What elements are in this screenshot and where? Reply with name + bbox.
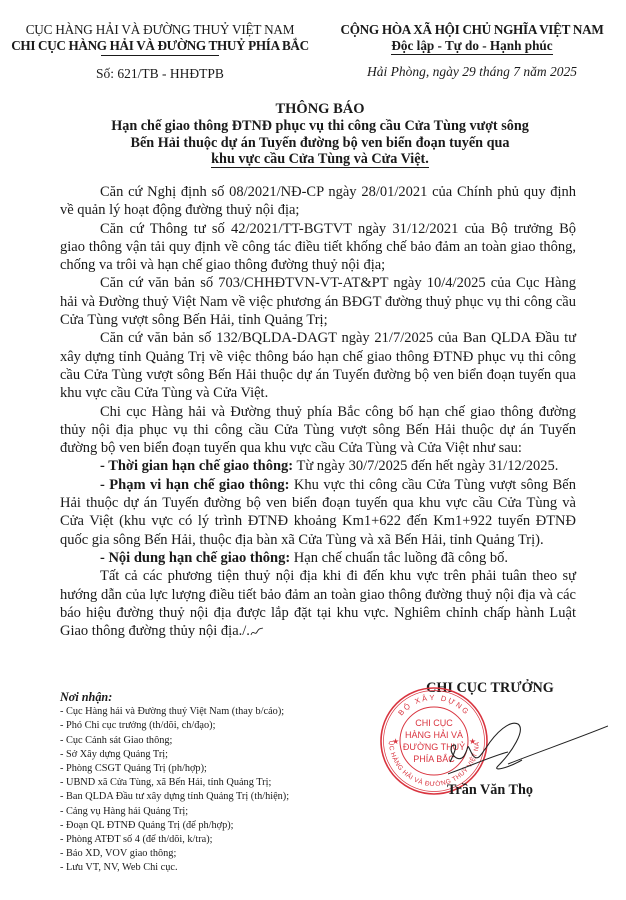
restriction-scope: - Phạm vi hạn chế giao thông: Khu vực th… xyxy=(60,476,576,549)
restriction-time: - Thời gian hạn chế giao thông: Từ ngày … xyxy=(60,457,576,475)
restriction-content-label: - Nội dung hạn chế giao thông: xyxy=(100,550,290,566)
recipients-heading: Nơi nhận: xyxy=(60,690,289,704)
agency-underline xyxy=(101,55,219,56)
restriction-time-text: Từ ngày 30/7/2025 đến hết ngày 31/12/202… xyxy=(293,458,558,474)
svg-text:★: ★ xyxy=(392,737,399,746)
recipients-list: Nơi nhận: - Cục Hàng hải và Đường thuỷ V… xyxy=(60,690,289,876)
recipient-item: - Phòng ATĐT số 4 (để th/dõi, k/tra); xyxy=(60,833,289,847)
recipient-item: - Ban QLDA Đầu tư xây dựng tỉnh Quảng Tr… xyxy=(60,790,289,804)
document-number: Số: 621/TB - HHĐTPB xyxy=(0,66,320,82)
issuing-agency-block: CỤC HÀNG HẢI VÀ ĐƯỜNG THUỶ VIỆT NAM CHI … xyxy=(0,22,320,82)
recipient-item: - Đoạn QL ĐTNĐ Quảng Trị (để ph/hợp); xyxy=(60,819,289,833)
title-line-1: Hạn chế giao thông ĐTNĐ phục vụ thi công… xyxy=(60,118,580,135)
closing-text: Tất cả các phương tiện thuỷ nội địa khi … xyxy=(60,568,576,639)
restriction-time-label: - Thời gian hạn chế giao thông: xyxy=(100,458,293,474)
issuing-agency: CHI CỤC HÀNG HẢI VÀ ĐƯỜNG THUỶ PHÍA BẮC xyxy=(0,38,320,54)
recipient-item: - UBND xã Cửa Tùng, xã Bến Hải, tỉnh Quả… xyxy=(60,776,289,790)
recipient-item: - Phó Chi cục trưởng (th/dõi, ch/đạo); xyxy=(60,719,289,733)
recipient-item: - Cục Hàng hải và Đường thuỷ Việt Nam (t… xyxy=(60,705,289,719)
document-title-block: THÔNG BÁO Hạn chế giao thông ĐTNĐ phục v… xyxy=(60,101,580,168)
national-motto: Độc lập - Tự do - Hạnh phúc xyxy=(391,38,552,55)
restriction-content-text: Hạn chế chuẩn tắc luồng đã công bố. xyxy=(290,550,508,566)
basis-paragraph: Căn cứ Thông tư số 42/2021/TT-BGTVT ngày… xyxy=(60,220,576,275)
basis-paragraph: Căn cứ văn bản số 132/BQLDA-DAGT ngày 21… xyxy=(60,329,576,402)
title-line-3-wrap: khu vực cầu Cửa Tùng và Cửa Việt. xyxy=(60,151,580,168)
country-name: CỘNG HÒA XÃ HỘI CHỦ NGHĨA VIỆT NAM xyxy=(318,22,626,38)
recipient-item: - Phòng CSGT Quảng Trị (ph/hợp); xyxy=(60,762,289,776)
initial-mark-icon xyxy=(250,627,264,637)
recipient-item: - Báo XD, VOV giao thông; xyxy=(60,847,289,861)
restriction-content: - Nội dung hạn chế giao thông: Hạn chế c… xyxy=(60,549,576,567)
document-type: THÔNG BÁO xyxy=(60,101,580,118)
recipient-item: - Cảng vụ Hàng hải Quảng Trị; xyxy=(60,805,289,819)
basis-paragraph: Căn cứ văn bản số 703/CHHĐTVN-VT-AT&PT n… xyxy=(60,274,576,329)
national-motto-line: Độc lập - Tự do - Hạnh phúc xyxy=(318,38,626,54)
restriction-scope-label: - Phạm vi hạn chế giao thông: xyxy=(100,477,289,493)
basis-paragraph: Căn cứ Nghị định số 08/2021/NĐ-CP ngày 2… xyxy=(60,183,576,220)
closing-paragraph: Tất cả các phương tiện thuỷ nội địa khi … xyxy=(60,567,576,640)
parent-agency: CỤC HÀNG HẢI VÀ ĐƯỜNG THUỶ VIỆT NAM xyxy=(0,22,320,38)
title-line-2: Bến Hải thuộc dự án Tuyến đường bộ ven b… xyxy=(60,135,580,152)
recipient-item: - Cục Cảnh sát Giao thông; xyxy=(60,734,289,748)
recipient-item: - Lưu VT, NV, Web Chi cục. xyxy=(60,861,289,875)
handwritten-signature-icon xyxy=(448,712,608,792)
signer-name: Trần Văn Thọ xyxy=(430,782,550,799)
recipient-item: - Sở Xây dựng Quảng Trị; xyxy=(60,748,289,762)
title-line-3: khu vực cầu Cửa Tùng và Cửa Việt. xyxy=(211,151,429,168)
place-and-date: Hải Phòng, ngày 29 tháng 7 năm 2025 xyxy=(318,64,626,80)
announcement-paragraph: Chi cục Hàng hải và Đường thuỷ phía Bắc … xyxy=(60,403,576,458)
national-header-block: CỘNG HÒA XÃ HỘI CHỦ NGHĨA VIỆT NAM Độc l… xyxy=(318,22,626,80)
document-body: Căn cứ Nghị định số 08/2021/NĐ-CP ngày 2… xyxy=(60,183,576,640)
